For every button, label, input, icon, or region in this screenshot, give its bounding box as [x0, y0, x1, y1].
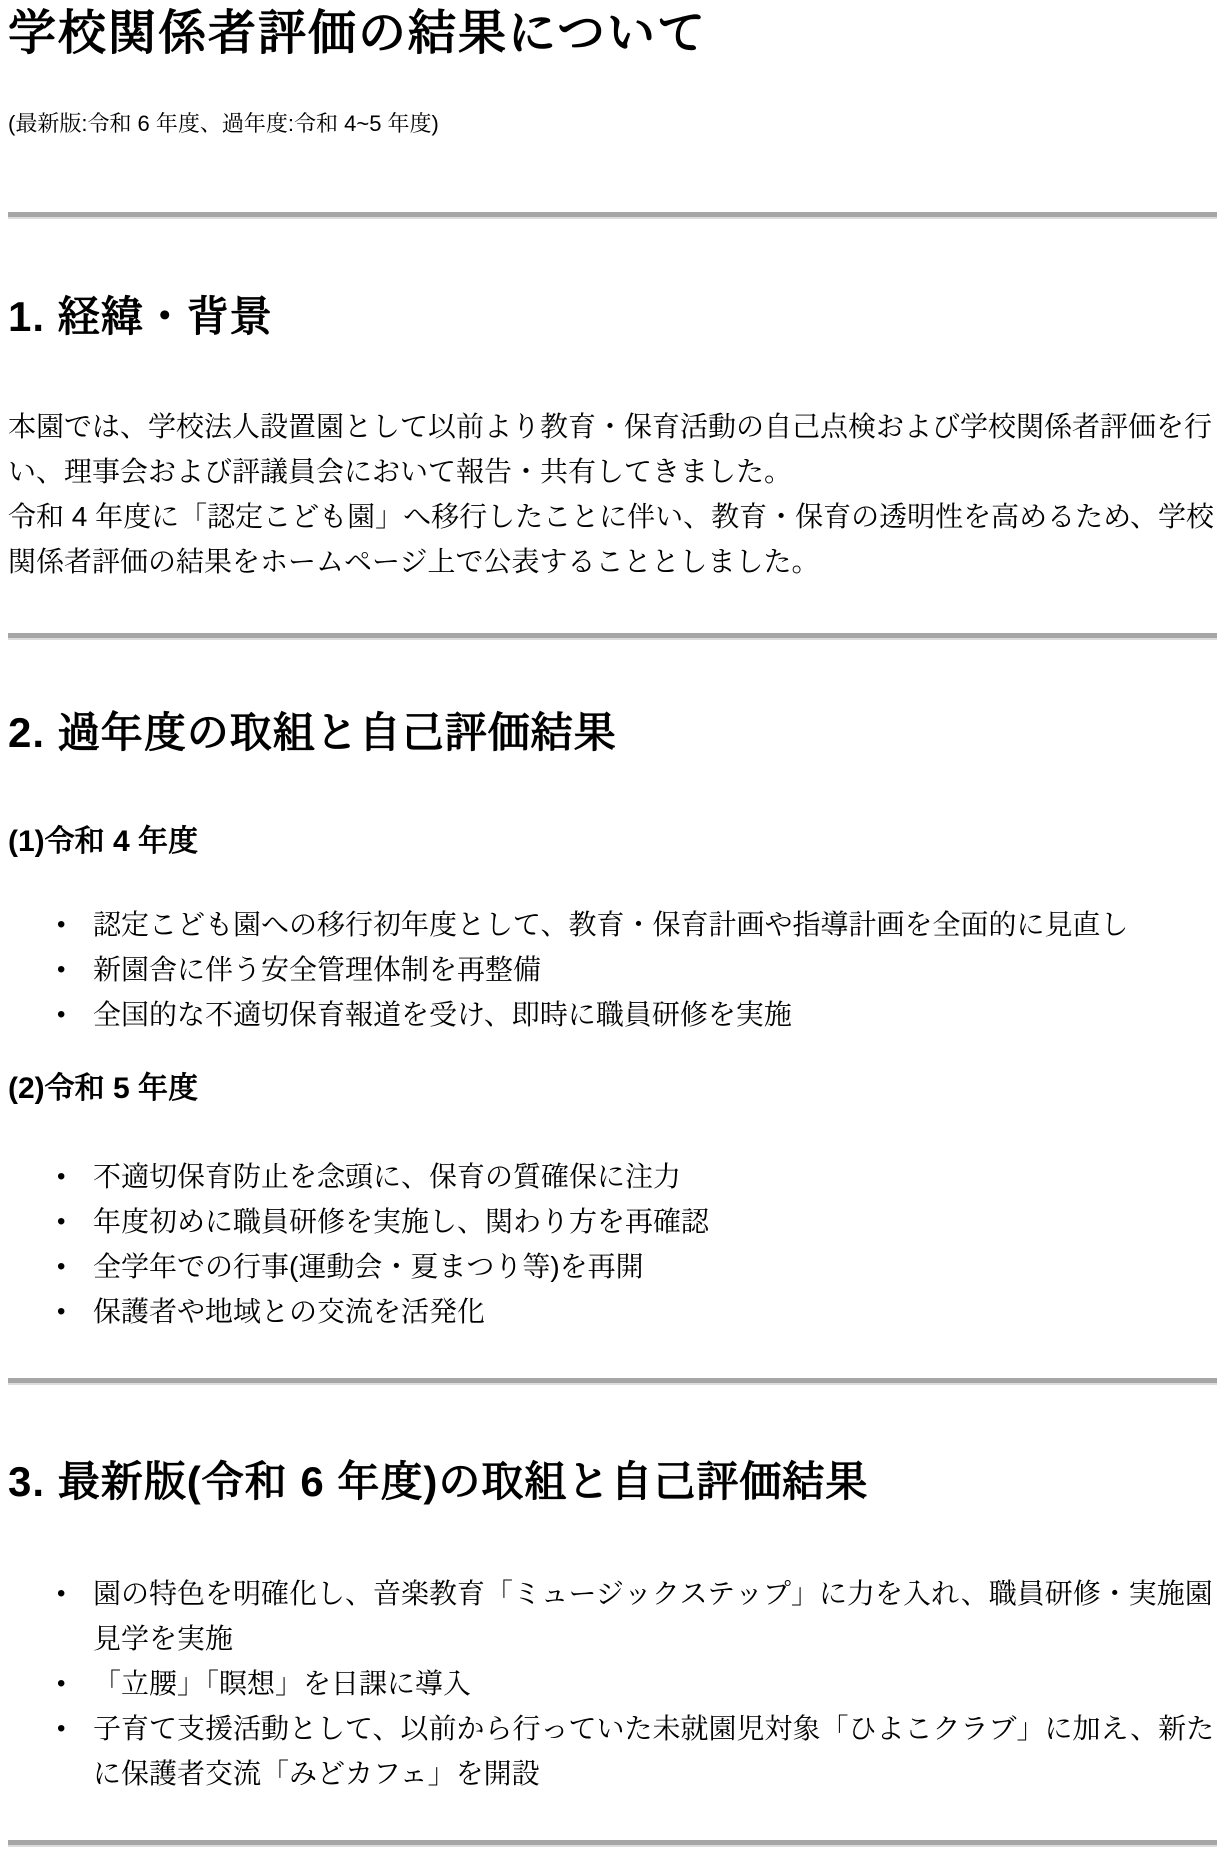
list-item: • 全学年での行事(運動会・夏まつり等)を再開 — [57, 1244, 1217, 1289]
bullet-list-reiwa6: • 園の特色を明確化し、音楽教育「ミュージックステップ」に力を入れ、職員研修・実… — [8, 1571, 1217, 1796]
section-heading-past-years: 2. 過年度の取組と自己評価結果 — [8, 708, 1217, 758]
list-item-text: 子育て支援活動として、以前から行っていた未就園児対象「ひよこクラブ」に加え、新た… — [93, 1713, 1214, 1789]
list-item: • 年度初めに職員研修を実施し、関わり方を再確認 — [57, 1199, 1217, 1244]
bullet-icon: • — [57, 947, 85, 992]
bullet-icon: • — [57, 992, 85, 1037]
bullet-icon: • — [57, 1571, 85, 1616]
list-item-text: 「立腰」「瞑想」を日課に導入 — [93, 1668, 471, 1699]
section-heading-background: 1. 経緯・背景 — [8, 292, 1217, 342]
list-item-text: 全学年での行事(運動会・夏まつり等)を再開 — [93, 1251, 644, 1282]
list-item: • 全国的な不適切保育報道を受け、即時に職員研修を実施 — [57, 992, 1217, 1037]
paragraph: 令和 4 年度に「認定こども園」へ移行したことに伴い、教育・保育の透明性を高める… — [8, 494, 1217, 584]
list-item-text: 保護者や地域との交流を活発化 — [93, 1296, 485, 1327]
subsection-heading-reiwa5: (2)令和 5 年度 — [8, 1069, 1217, 1109]
list-item-text: 認定こども園への移行初年度として、教育・保育計画や指導計画を全面的に見直し — [93, 909, 1128, 940]
section1-body: 本園では、学校法人設置園として以前より教育・保育活動の自己点検および学校関係者評… — [8, 404, 1217, 584]
bullet-icon: • — [57, 902, 85, 947]
bullet-list-reiwa4: • 認定こども園への移行初年度として、教育・保育計画や指導計画を全面的に見直し … — [8, 902, 1217, 1037]
horizontal-rule — [8, 212, 1217, 219]
horizontal-rule — [8, 1378, 1217, 1385]
list-item: • 不適切保育防止を念頭に、保育の質確保に注力 — [57, 1154, 1217, 1199]
bullet-icon: • — [57, 1661, 85, 1706]
bullet-icon: • — [57, 1244, 85, 1289]
horizontal-rule — [8, 633, 1217, 640]
list-item: • 認定こども園への移行初年度として、教育・保育計画や指導計画を全面的に見直し — [57, 902, 1217, 947]
bullet-icon: • — [57, 1154, 85, 1199]
list-item-text: 園の特色を明確化し、音楽教育「ミュージックステップ」に力を入れ、職員研修・実施園… — [93, 1578, 1213, 1654]
list-item: • 園の特色を明確化し、音楽教育「ミュージックステップ」に力を入れ、職員研修・実… — [57, 1571, 1217, 1661]
list-item-text: 年度初めに職員研修を実施し、関わり方を再確認 — [93, 1206, 709, 1237]
list-item: • 子育て支援活動として、以前から行っていた未就園児対象「ひよこクラブ」に加え、… — [57, 1706, 1217, 1796]
bullet-list-reiwa5: • 不適切保育防止を念頭に、保育の質確保に注力 • 年度初めに職員研修を実施し、… — [8, 1154, 1217, 1334]
list-item: • 保護者や地域との交流を活発化 — [57, 1289, 1217, 1334]
document-title: 学校関係者評価の結果について — [8, 6, 1217, 62]
bullet-icon: • — [57, 1289, 85, 1334]
list-item: • 「立腰」「瞑想」を日課に導入 — [57, 1661, 1217, 1706]
subsection-heading-reiwa4: (1)令和 4 年度 — [8, 822, 1217, 862]
list-item-text: 不適切保育防止を念頭に、保育の質確保に注力 — [93, 1161, 681, 1192]
section-heading-latest: 3. 最新版(令和 6 年度)の取組と自己評価結果 — [8, 1457, 1217, 1507]
list-item: • 新園舎に伴う安全管理体制を再整備 — [57, 947, 1217, 992]
list-item-text: 全国的な不適切保育報道を受け、即時に職員研修を実施 — [93, 999, 792, 1030]
list-item-text: 新園舎に伴う安全管理体制を再整備 — [93, 954, 541, 985]
bullet-icon: • — [57, 1199, 85, 1244]
horizontal-rule — [8, 1840, 1217, 1847]
document-subtitle: (最新版:令和 6 年度、過年度:令和 4~5 年度) — [8, 108, 1217, 140]
paragraph: 本園では、学校法人設置園として以前より教育・保育活動の自己点検および学校関係者評… — [8, 404, 1217, 494]
bullet-icon: • — [57, 1706, 85, 1751]
